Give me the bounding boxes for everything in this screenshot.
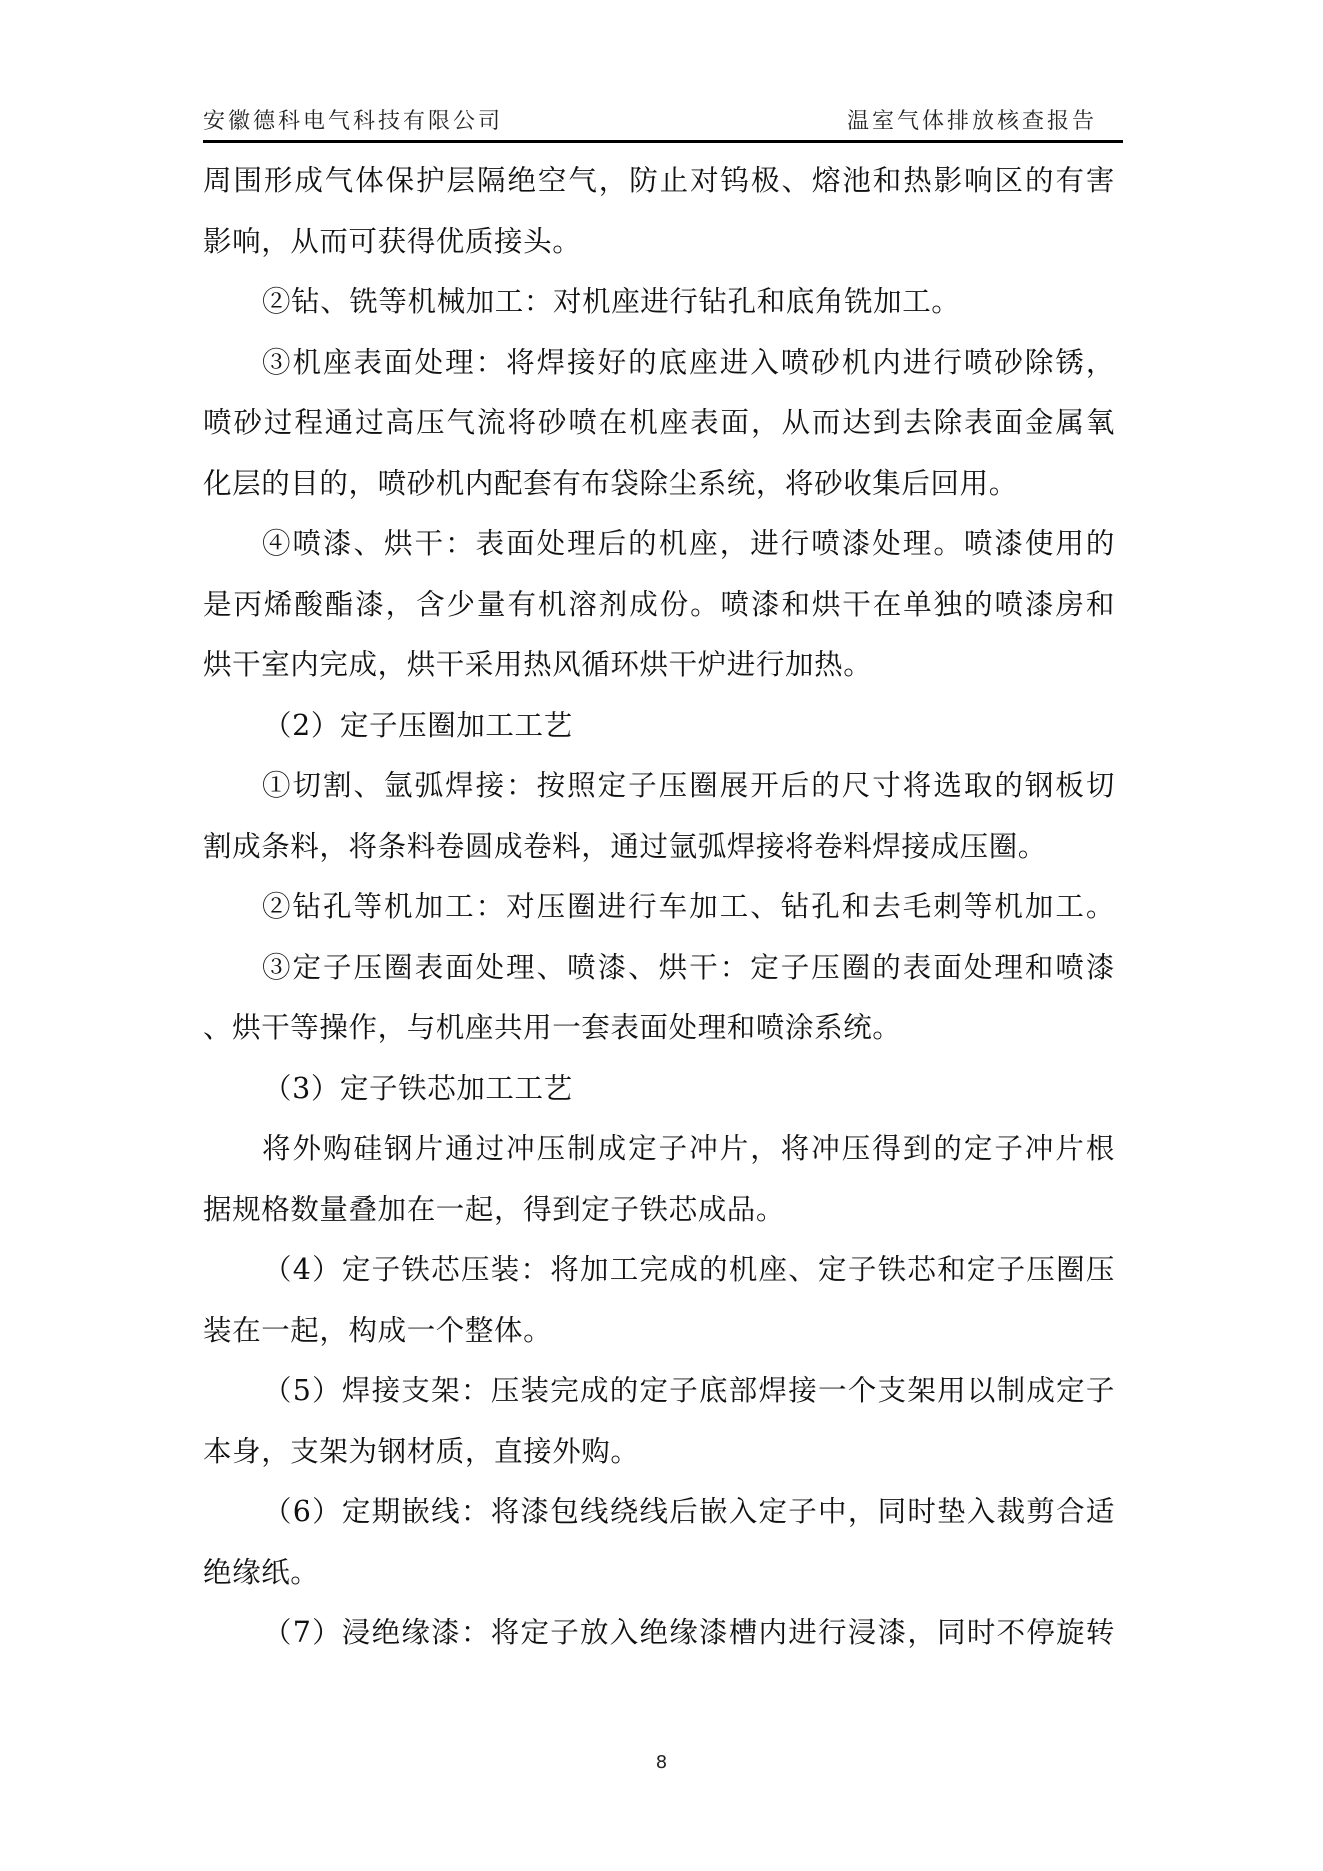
list-item-painting-drying: ④喷漆、烘干：表面处理后的机座，进行喷漆处理。喷漆使用的 [203, 523, 1115, 584]
page-number: 8 [0, 1752, 1323, 1773]
header-company-name: 安徽德科电气科技有限公司 [203, 108, 503, 136]
paragraph-line: 割成条料，将条料卷圆成卷料，通过氩弧焊接将卷料焊接成压圈。 [203, 826, 1115, 887]
paragraph-line: 装在一起，构成一个整体。 [203, 1310, 1115, 1371]
section-heading-stator-core: （3）定子铁芯加工工艺 [203, 1068, 1115, 1129]
document-body: 周围形成气体保护层隔绝空气，防止对钨极、熔池和热影响区的有害 影响，从而可获得优… [203, 160, 1115, 1673]
paragraph-line: 本身，支架为钢材质，直接外购。 [203, 1431, 1115, 1492]
paragraph-line: 烘干室内完成，烘干采用热风循环烘干炉进行加热。 [203, 644, 1115, 705]
paragraph-line: 、烘干等操作，与机座共用一套表面处理和喷涂系统。 [203, 1007, 1115, 1068]
paragraph-line: 绝缘纸。 [203, 1552, 1115, 1613]
section-heading-stator-ring: （2）定子压圈加工工艺 [203, 705, 1115, 766]
list-item-surface-treatment: ③机座表面处理：将焊接好的底座进入喷砂机内进行喷砂除锈， [203, 342, 1115, 403]
paragraph-line: 是丙烯酸酯漆，含少量有机溶剂成份。喷漆和烘干在单独的喷漆房和 [203, 584, 1115, 645]
list-item-cutting-welding: ①切割、氩弧焊接：按照定子压圈展开后的尺寸将选取的钢板切 [203, 765, 1115, 826]
paragraph-line: 周围形成气体保护层隔绝空气，防止对钨极、熔池和热影响区的有害 [203, 160, 1115, 221]
list-item-ring-surface-treatment: ③定子压圈表面处理、喷漆、烘干：定子压圈的表面处理和喷漆 [203, 947, 1115, 1008]
paragraph-line: 喷砂过程通过高压气流将砂喷在机座表面，从而达到去除表面金属氧 [203, 402, 1115, 463]
paragraph-line: 化层的目的，喷砂机内配套有布袋除尘系统，将砂收集后回用。 [203, 463, 1115, 524]
header-report-title: 温室气体排放核查报告 [847, 108, 1097, 136]
section-heading-insulation-dipping: （7）浸绝缘漆：将定子放入绝缘漆槽内进行浸漆，同时不停旋转 [203, 1612, 1115, 1673]
page-header: 安徽德科电气科技有限公司 温室气体排放核查报告 [203, 108, 1123, 143]
section-heading-welding-bracket: （5）焊接支架：压装完成的定子底部焊接一个支架用以制成定子 [203, 1370, 1115, 1431]
section-heading-wire-embedding: （6）定期嵌线：将漆包线绕线后嵌入定子中，同时垫入裁剪合适 [203, 1491, 1115, 1552]
section-heading-core-pressing: （4）定子铁芯压装：将加工完成的机座、定子铁芯和定子压圈压 [203, 1249, 1115, 1310]
list-item-drilling-machining: ②钻孔等机加工：对压圈进行车加工、钻孔和去毛刺等机加工。 [203, 886, 1115, 947]
paragraph-line: 影响，从而可获得优质接头。 [203, 221, 1115, 282]
paragraph-line: 据规格数量叠加在一起，得到定子铁芯成品。 [203, 1189, 1115, 1250]
paragraph-line: 将外购硅钢片通过冲压制成定子冲片，将冲压得到的定子冲片根 [203, 1128, 1115, 1189]
list-item-drilling-milling: ②钻、铣等机械加工：对机座进行钻孔和底角铣加工。 [203, 281, 1115, 342]
